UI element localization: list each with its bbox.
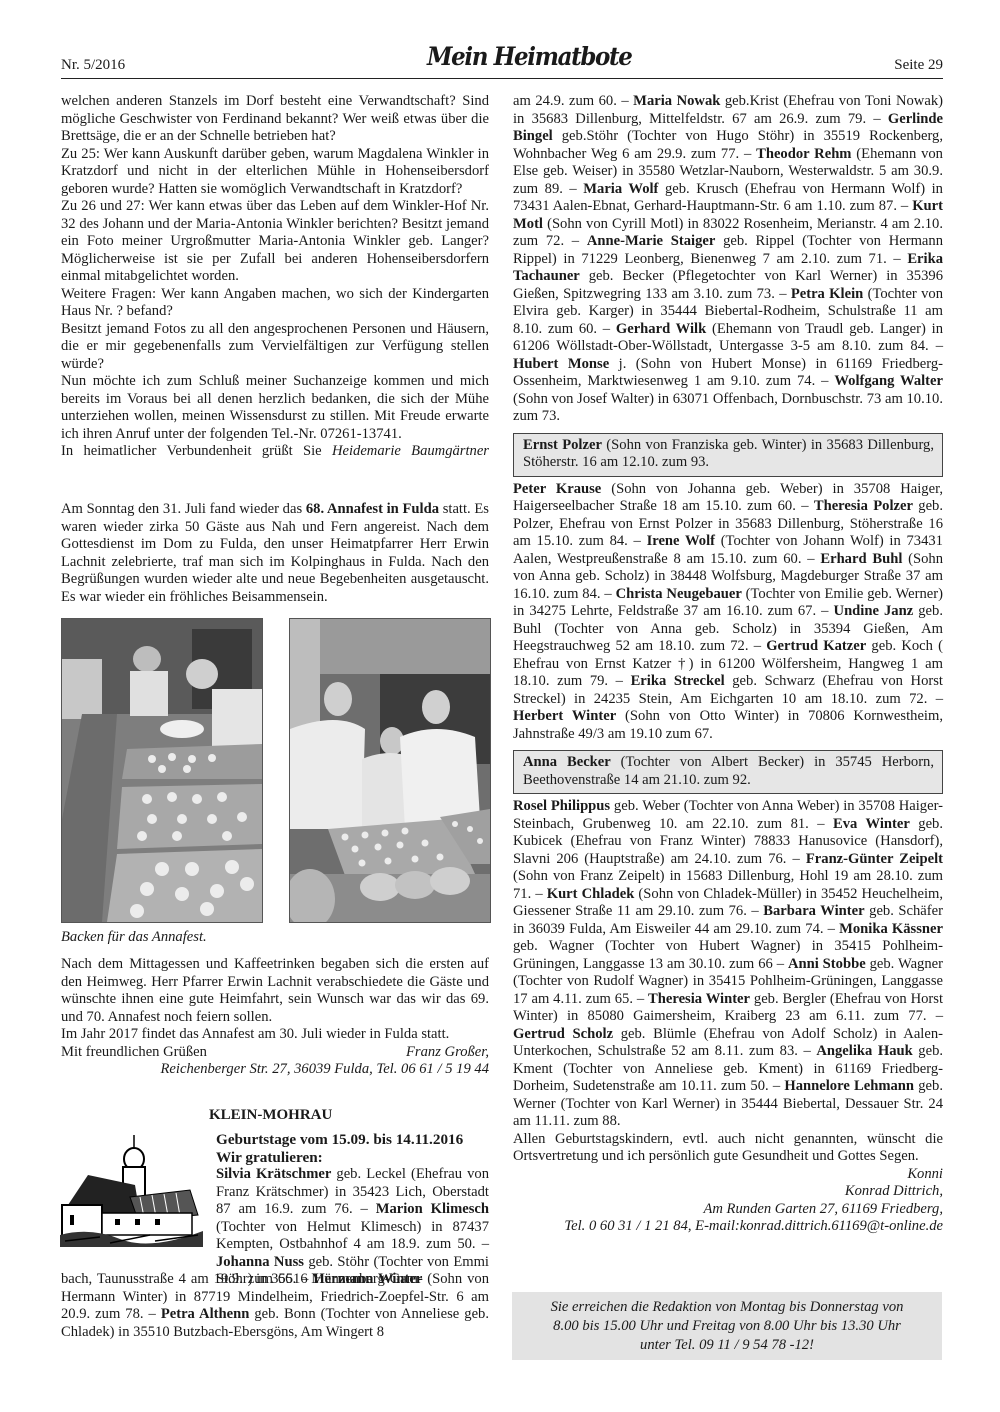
person-name: Irene Wolf (647, 533, 715, 549)
paragraph: Zu 25: Wer kann Auskunft darüber geben, … (61, 146, 489, 199)
person-name: Ernst Polzer (523, 437, 602, 453)
notice-line: unter Tel. 09 11 / 9 54 78 -12! (512, 1336, 942, 1355)
birthday-entries: bach, Taunusstraße 4 am 19.9. zum 66. – … (61, 1271, 489, 1341)
person-name: Franz-Günter Zeipelt (806, 851, 943, 867)
person-name: Angelika Hauk (816, 1043, 912, 1059)
photo-caption: Backen für das Annafest. (61, 929, 207, 946)
birthday-entries: am 24.9. zum 60. – Maria Nowak geb.Krist… (513, 93, 943, 426)
person-name: Johanna Nuss (216, 1254, 304, 1270)
photo-baking-women (61, 618, 263, 923)
person-name: Erhard Buhl (820, 551, 902, 567)
greeting-author: Heidemarie Baumgärtner (332, 443, 489, 459)
birthday-entries: Rosel Philippus geb. Weber (Tochter von … (513, 798, 943, 1131)
person-name: Theresia Winter (648, 991, 750, 1007)
author-name: Franz Großer, (406, 1044, 489, 1062)
person-name: Gertrud Scholz (513, 1026, 613, 1042)
birthday-list-right: am 24.9. zum 60. – Maria Nowak geb.Krist… (513, 93, 943, 1236)
person-name: Monika Kässner (839, 921, 943, 937)
person-name: Theodor Rehm (756, 146, 851, 162)
person-name: Christa Neugebauer (616, 586, 742, 602)
entry-text: (Tochter von Helmut Klimesch) in 87437 K… (216, 1219, 489, 1253)
church-illustration (60, 1135, 203, 1247)
newspaper-logo: Mein Heimatbote (427, 42, 632, 71)
highlight-box-anna-becker: Anna Becker (Tochter von Albert Becker) … (513, 750, 943, 794)
entry-text: am 24.9. zum 60. – (513, 93, 633, 109)
person-name: Gertrud Katzer (766, 638, 866, 654)
paragraph: Weitere Fragen: Wer kann Angaben machen,… (61, 286, 489, 321)
closing-text: Mit freundlichen Grüßen (61, 1044, 207, 1062)
highlight-box-ernst-polzer: Ernst Polzer (Sohn von Franziska geb. Wi… (513, 433, 943, 477)
entry-text: bach, Taunusstraße 4 am 19.9. zum 66. – (61, 1271, 313, 1287)
closing-wishes: Allen Geburtstagskindern, evtl. auch nic… (513, 1131, 943, 1166)
person-name: Marion Klimesch (376, 1201, 489, 1217)
paragraph: Nach dem Mittagessen und Kaffeetrinken b… (61, 956, 489, 1026)
paragraph: Nun möchte ich zum Schluß meiner Suchanz… (61, 373, 489, 443)
editorial-contact-notice: Sie erreichen die Redaktion von Montag b… (512, 1292, 942, 1360)
person-name: Barbara Winter (763, 903, 864, 919)
annafest-title: 68. Annafest in Fulda (306, 501, 439, 517)
page-header: Nr. 5/2016 Mein Heimatbote Seite 29 (61, 48, 943, 79)
signature-name: Konrad Dittrich, (513, 1183, 943, 1201)
person-name: Petra Klein (791, 286, 863, 302)
paragraph: Besitzt jemand Fotos zu all den angespro… (61, 321, 489, 374)
person-name: Rosel Philippus (513, 798, 610, 814)
person-name: Petra Althenn (161, 1306, 250, 1322)
birthday-range-heading: Geburtstage vom 15.09. bis 14.11.2016 (216, 1131, 489, 1149)
paragraph: welchen anderen Stanzels im Dorf besteht… (61, 93, 489, 146)
signature-contact: Tel. 0 60 31 / 1 21 84, E-mail:konrad.di… (513, 1218, 943, 1236)
klein-mohrau-intro: Geburtstage vom 15.09. bis 14.11.2016 Wi… (216, 1131, 489, 1166)
annafest-continued: Nach dem Mittagessen und Kaffeetrinken b… (61, 956, 489, 1079)
signature-address: Am Runden Garten 27, 61169 Friedberg, (513, 1201, 943, 1219)
person-name: Gerhard Wilk (616, 321, 706, 337)
signature-nickname: Konni (513, 1166, 943, 1184)
person-name: Anna Becker (523, 754, 611, 770)
notice-line: 8.00 bis 15.00 Uhr und Freitag von 8.00 … (512, 1317, 942, 1336)
person-name: Wolfgang Walter (834, 373, 943, 389)
birthday-list-part2: bach, Taunusstraße 4 am 19.9. zum 66. – … (61, 1271, 489, 1341)
notice-line: Sie erreichen die Redaktion von Montag b… (512, 1298, 942, 1317)
section-heading: KLEIN-MOHRAU (209, 1107, 332, 1124)
author-address: Reichenberger Str. 27, 36039 Fulda, Tel.… (61, 1061, 489, 1079)
issue-number: Nr. 5/2016 (61, 57, 125, 74)
greeting-text: In heimatlicher Verbundenheit grüßt Sie (61, 443, 322, 459)
search-notice-article: welchen anderen Stanzels im Dorf besteht… (61, 93, 489, 461)
birthday-entries: Peter Krause (Sohn von Johanna geb. Webe… (513, 481, 943, 744)
greeting-line: In heimatlicher Verbundenheit grüßt Sie … (61, 443, 489, 461)
person-name: Hubert Monse (513, 356, 609, 372)
paragraph: Zu 26 und 27: Wer kann etwas über das Le… (61, 198, 489, 286)
person-name: Kurt Chladek (547, 886, 635, 902)
person-name: Silvia Krätschmer (216, 1166, 331, 1182)
congratulate-heading: Wir gratulieren: (216, 1149, 489, 1167)
person-name: Anne-Marie Staiger (587, 233, 716, 249)
person-name: Eva Winter (833, 816, 910, 832)
page-number: Seite 29 (894, 57, 943, 74)
person-name: Hermann Winter (313, 1271, 422, 1287)
person-name: Undine Janz (834, 603, 914, 619)
person-name: Maria Wolf (583, 181, 658, 197)
annafest-lead: Am Sonntag den 31. Juli fand wieder das (61, 501, 302, 517)
photo-bakers-group (289, 618, 491, 923)
person-name: Anni Stobbe (788, 956, 866, 972)
person-name: Hannelore Lehmann (784, 1078, 914, 1094)
closing-line: Mit freundlichen Grüßen Franz Großer, (61, 1044, 489, 1062)
person-name: Erika Streckel (631, 673, 725, 689)
person-name: Herbert Winter (513, 708, 616, 724)
annafest-intro: Am Sonntag den 31. Juli fand wieder das … (61, 501, 489, 606)
paragraph: Im Jahr 2017 findet das Annafest am 30. … (61, 1026, 489, 1044)
person-name: Maria Nowak (633, 93, 720, 109)
annafest-article: Am Sonntag den 31. Juli fand wieder das … (61, 501, 489, 606)
entry-text: (Sohn von Josef Walter) in 63071 Offenba… (513, 391, 943, 425)
person-name: Peter Krause (513, 481, 601, 497)
person-name: Theresia Polzer (814, 498, 913, 514)
